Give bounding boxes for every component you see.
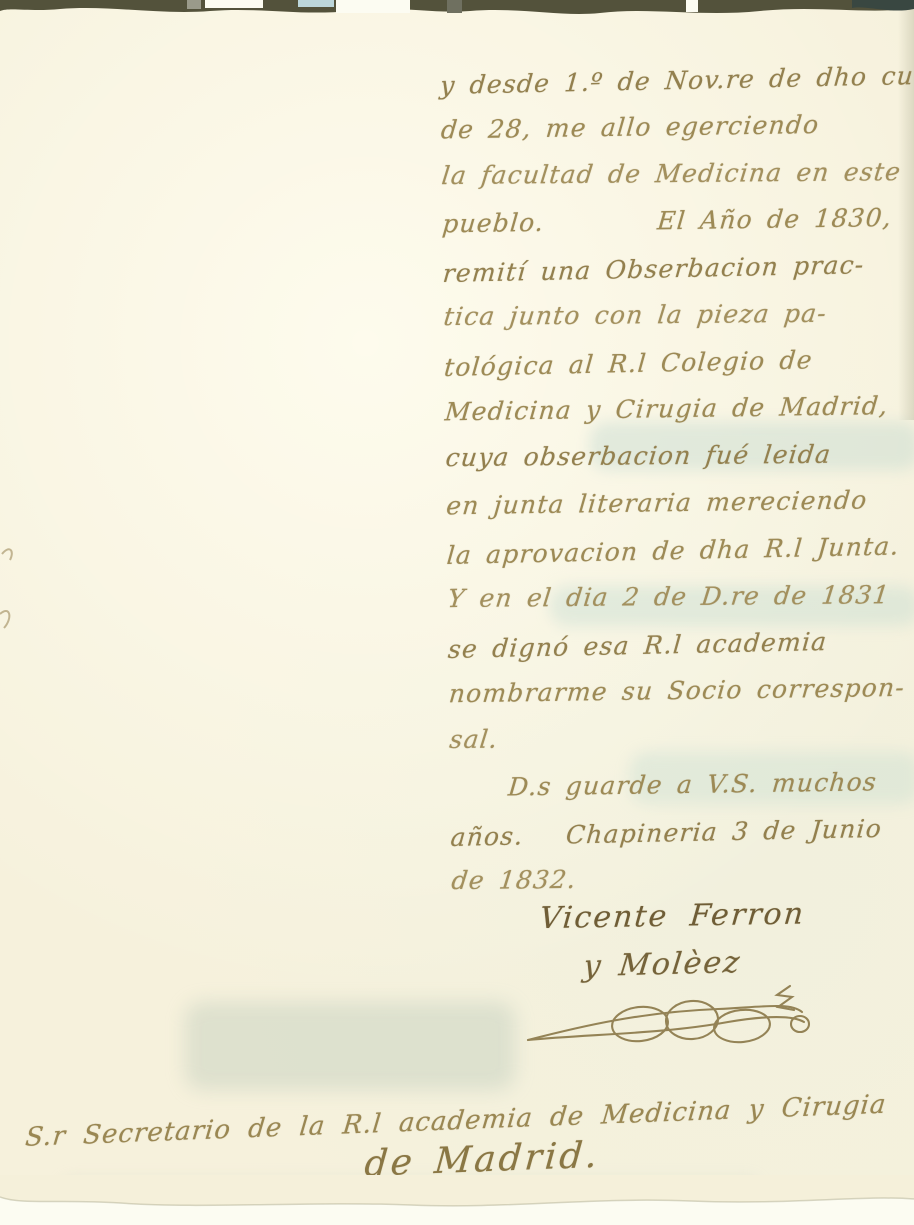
letter-body: y desde 1.º de Nov.re de dho curso de 28… xyxy=(440,53,914,906)
manuscript-line: años. Chapineria 3 de Junio xyxy=(449,804,914,861)
signature-rubric-flourish xyxy=(522,982,822,1060)
manuscript-line: la aprovacion de dha R.l Junta. xyxy=(445,522,914,579)
manuscript-line: la facultad de Medicina en este xyxy=(439,148,914,199)
scan-bottom-edge xyxy=(0,1175,914,1225)
show-through-patch xyxy=(185,1002,515,1090)
manuscript-line: cuya obserbacion fué leida xyxy=(443,430,914,481)
signature-surname: y Molèez xyxy=(581,941,902,984)
manuscript-line: remití una Obserbacion prac- xyxy=(441,240,914,297)
manuscript-line: nombrarme su Socio correspon- xyxy=(447,664,914,718)
signature-name: Vicente Ferron xyxy=(538,895,902,936)
manuscript-line: pueblo. El Año de 1830, xyxy=(440,194,914,248)
manuscript-line: D.s guarde a V.S. muchos xyxy=(448,758,914,812)
manuscript-line: tica junto con la pieza pa- xyxy=(441,289,914,340)
manuscript-line: de 28, me allo egerciendo xyxy=(439,100,914,154)
manuscript-line: Medicina y Cirugia de Madrid, xyxy=(443,382,914,436)
manuscript-line: sal. xyxy=(447,712,914,763)
signature-block: Vicente Ferron y Molèez xyxy=(540,898,900,1064)
manuscript-line: en junta literaria mereciendo xyxy=(444,476,914,530)
scan-top-edge xyxy=(0,0,914,40)
left-edge-ink-marks xyxy=(0,542,18,642)
manuscript-line: Y en el dia 2 de D.re de 1831 xyxy=(445,571,914,622)
scanned-letter-page: y desde 1.º de Nov.re de dho curso de 28… xyxy=(0,0,914,1225)
